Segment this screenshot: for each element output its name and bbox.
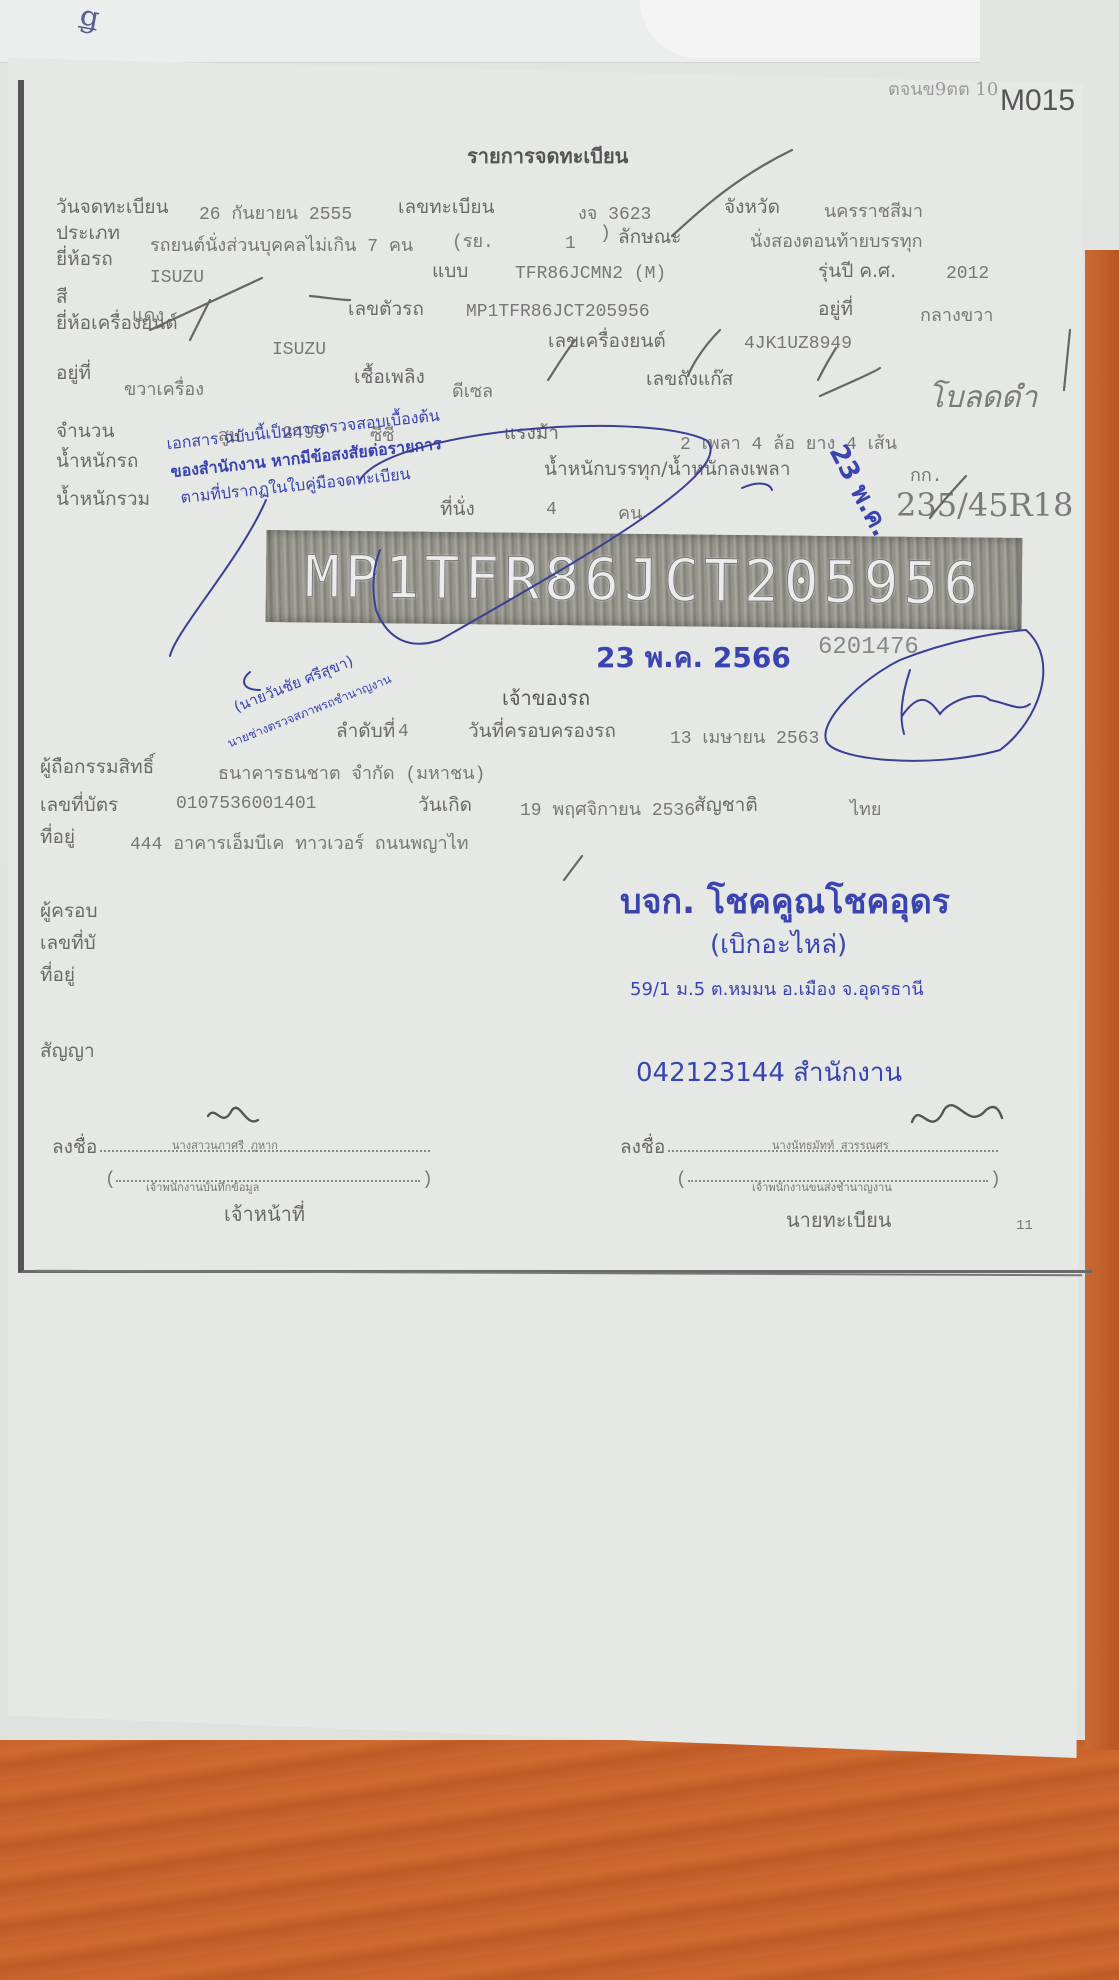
gross-weight-label: น้ำหนักรวม bbox=[56, 484, 150, 514]
right-sign-name: นางนัทธมัทท์ สุวรรณศร bbox=[772, 1136, 889, 1154]
registration-number-label: เลขทะเบียน bbox=[398, 192, 495, 222]
body-style-label: ลักษณะ bbox=[618, 222, 682, 252]
model-label: แบบ bbox=[432, 256, 468, 286]
right-paren-open: ( bbox=[676, 1170, 687, 1190]
chassis-number-value: MP1TFR86JCT205956 bbox=[466, 302, 650, 322]
cylinders-label: จำนวน bbox=[56, 416, 114, 446]
possessor-address-label: ที่อยู่ bbox=[40, 960, 75, 990]
body-style-value: นั่งสองตอนท้ายบรรทุก bbox=[750, 226, 923, 255]
corner-pencil-note: ตจนข9ตต 10 bbox=[888, 74, 998, 103]
desk-surface bbox=[0, 1740, 1119, 1980]
dealer-stamp-dept: (เบิกอะไหล่) bbox=[710, 924, 847, 965]
weight-label: น้ำหนักรถ bbox=[56, 446, 138, 476]
id-number-label: เลขที่บัตร bbox=[40, 790, 118, 820]
vin-rubbing-text: MP1TFR86JCT205956 bbox=[304, 542, 983, 617]
province-value: นครราชสีมา bbox=[824, 196, 923, 225]
owner-section-title: เจ้าของรถ bbox=[502, 682, 590, 714]
chassis-location-label: อยู่ที่ bbox=[818, 294, 853, 324]
seats-unit: คน bbox=[618, 498, 642, 527]
registration-date-value: 26 กันยายน 2555 bbox=[199, 198, 352, 227]
left-paren-close: ) bbox=[422, 1170, 433, 1190]
engine-brand-label: ยี่ห้อเครื่องยนต์ bbox=[56, 308, 178, 338]
engine-number-label: เลขเครื่องยนต์ bbox=[548, 326, 666, 356]
birth-date-label: วันเกิด bbox=[418, 790, 472, 820]
pencil-note: โบลดดำ bbox=[928, 374, 1037, 421]
birth-date-value: 19 พฤศจิกายน 2536 bbox=[520, 794, 695, 823]
engine-location-label: อยู่ที่ bbox=[56, 358, 91, 388]
nationality-value: ไทย bbox=[850, 794, 881, 823]
right-sign-prefix: ลงชื่อ bbox=[620, 1132, 665, 1162]
right-sign-role: นายทะเบียน bbox=[786, 1204, 891, 1236]
possessor-nationality-label: สัญญา bbox=[40, 1036, 95, 1066]
holder-label: ผู้ถือกรรมสิทธิ์ bbox=[40, 752, 154, 782]
brand-label: ยี่ห้อรถ bbox=[56, 244, 113, 274]
sequence-value: 4 bbox=[398, 722, 409, 742]
left-sign-role: เจ้าหน้าที่ bbox=[224, 1198, 305, 1230]
possessor-id-label: เลขที่บั bbox=[40, 928, 96, 958]
date-stamp: 23 พ.ค. 2566 bbox=[596, 636, 791, 680]
dealer-stamp-name: บจก. โชคคูณโชคอุดร bbox=[620, 874, 950, 928]
model-year-value: 2012 bbox=[946, 264, 989, 284]
page-number: 11 bbox=[1016, 1218, 1033, 1234]
model-value: TFR86JCMN2 (M) bbox=[515, 264, 666, 284]
address-label: ที่อยู่ bbox=[40, 822, 75, 852]
chassis-number-label: เลขตัวรถ bbox=[348, 294, 424, 324]
province-label: จังหวัด bbox=[724, 192, 780, 222]
possession-date-value: 13 เมษายน 2563 bbox=[670, 722, 819, 751]
engine-number-value: 4JK1UZ8949 bbox=[744, 334, 852, 354]
sequence-label: ลำดับที่ bbox=[336, 716, 395, 746]
left-sign-position: เจ้าพนักงานบันทึกข้อมูล bbox=[146, 1178, 259, 1196]
address-value: 444 อาคารเอ็มบีเค ทาวเวอร์ ถนนพญาไท bbox=[130, 828, 469, 857]
left-sign-name: นางสาวนภาศรี ภูหาก bbox=[172, 1136, 278, 1154]
right-paren-close: ) bbox=[990, 1170, 1001, 1190]
sheet-curl bbox=[640, 0, 980, 58]
right-sign-position: เจ้าพนักงานขนส่งชำนาญงาน bbox=[752, 1178, 892, 1196]
document-code: M015 bbox=[1000, 84, 1075, 118]
possessor-label: ผู้ครอบ bbox=[40, 896, 98, 926]
vin-rubbing: MP1TFR86JCT205956 bbox=[266, 530, 1023, 630]
load-weight-unit: กก. bbox=[910, 460, 943, 489]
left-paren-open: ( bbox=[105, 1170, 116, 1190]
seats-label: ที่นั่ง bbox=[440, 494, 475, 524]
nationality-label: สัญชาติ bbox=[694, 790, 758, 820]
holder-value: ธนาคารธนชาต จำกัด (มหาชน) bbox=[218, 758, 485, 787]
fuel-value: ดีเซล bbox=[452, 376, 493, 405]
type-code-label: (รย. bbox=[452, 226, 494, 255]
horsepower-label: แรงม้า bbox=[504, 418, 559, 448]
load-weight-label: น้ำหนักบรรทุก/น้ำหนักลงเพลา bbox=[544, 454, 791, 484]
chassis-location-value: กลางขวา bbox=[920, 300, 993, 329]
type-value: รถยนต์นั่งส่วนบุคคลไม่เกิน 7 คน bbox=[150, 230, 413, 259]
document-title: รายการจดทะเบียน bbox=[467, 140, 628, 172]
type-code-suffix: ) bbox=[600, 224, 611, 244]
axles-value: 2 เพลา 4 ล้อ ยาง 4 เส้น bbox=[680, 428, 897, 457]
id-number-value: 0107536001401 bbox=[176, 794, 316, 814]
serial-partial: 6201476 bbox=[818, 634, 919, 661]
pencil-tire-note: 235/45R18 bbox=[896, 486, 1073, 524]
type-code-value: 1 bbox=[565, 234, 576, 254]
seats-value: 4 bbox=[546, 500, 557, 520]
dealer-stamp-phone: 042123144 สำนักงาน bbox=[636, 1052, 902, 1093]
engine-location-value: ขวาเครื่อง bbox=[124, 374, 204, 403]
brand-value: ISUZU bbox=[150, 268, 204, 288]
model-year-label: รุ่นปี ค.ศ. bbox=[818, 256, 896, 286]
engine-brand-value: ISUZU bbox=[272, 340, 326, 360]
dealer-stamp-address: 59/1 ม.5 ต.หมมน อ.เมือง จ.อุดรธานี bbox=[630, 974, 924, 1003]
fuel-label: เชื้อเพลิง bbox=[354, 362, 425, 392]
possession-date-label: วันที่ครอบครองรถ bbox=[468, 716, 616, 746]
left-sign-prefix: ลงชื่อ bbox=[52, 1132, 97, 1162]
gas-tank-label: เลขถังแก๊ส bbox=[646, 364, 733, 394]
